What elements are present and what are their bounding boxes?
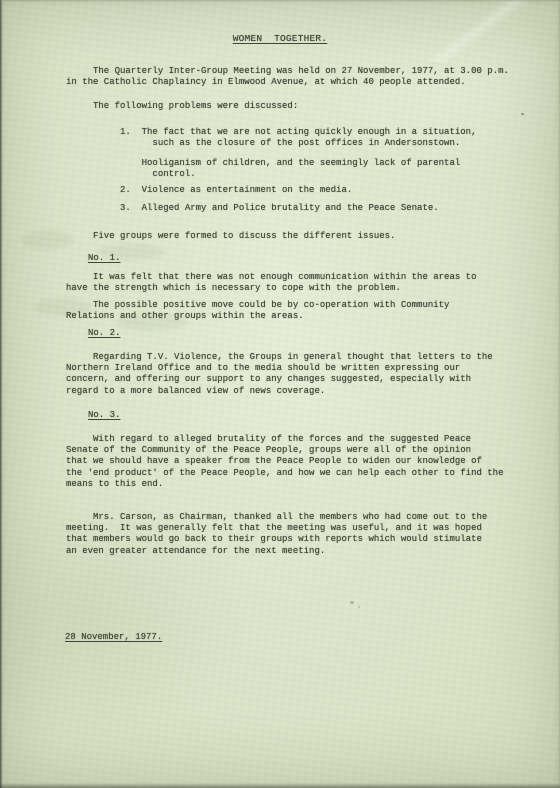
paper-speck (521, 113, 524, 115)
paragraph-group-3-brutality: With regard to alleged brutality of the … (66, 434, 503, 490)
paper-bleedthrough (2, 212, 237, 357)
problem-item-1: 1. The fact that we are not acting quick… (66, 127, 476, 149)
scan-edge-bottom (0, 783, 560, 788)
paragraph-group-2-tv-violence: Regarding T.V. Violence, the Groups in g… (66, 352, 493, 397)
scanned-document: WOMEN TOGETHER. The Quarterly Inter-Grou… (0, 0, 560, 788)
paper-speck (350, 601, 354, 604)
scan-edge-left (0, 0, 3, 788)
date-line: 28 November, 1977. (65, 632, 162, 643)
paragraph-closing-remarks: Mrs. Carson, as Chairman, thanked all th… (66, 512, 487, 557)
paragraph-meeting-intro: The Quarterly Inter-Group Meeting was he… (66, 66, 509, 88)
scan-edge-top (0, 0, 560, 2)
paper-speck (358, 606, 360, 608)
problem-item-1-continued: Hooliganism of children, and the seeming… (66, 158, 460, 180)
document-title-text: WOMEN TOGETHER. (233, 33, 327, 44)
problem-item-2: 2. Violence as entertainment on the medi… (66, 185, 352, 196)
section-heading-no-3: No. 3. (88, 410, 120, 421)
paragraph-problems-intro: The following problems were discussed: (66, 101, 298, 112)
